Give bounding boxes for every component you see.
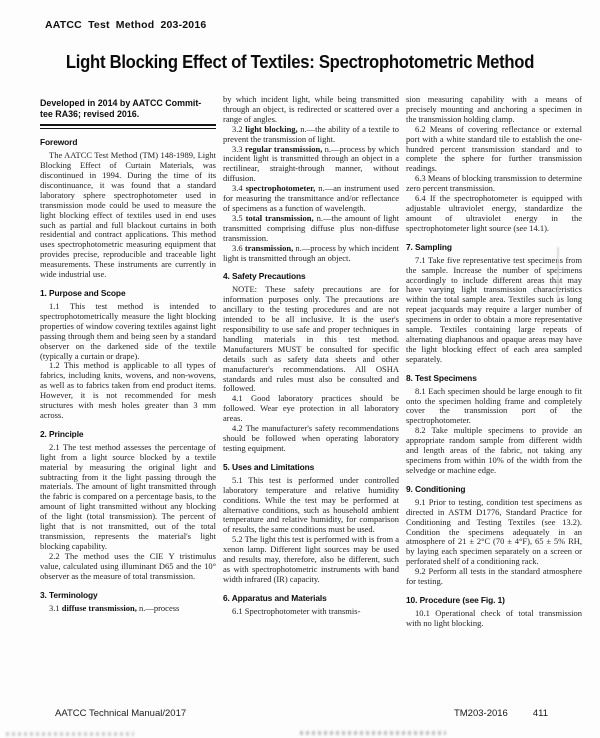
paragraph: 4.1 Good laboratory practices should be …	[223, 394, 399, 424]
paragraph: 10.1 Operational check of total transmis…	[406, 609, 582, 629]
scan-artifact-bottom-left	[6, 732, 134, 736]
developed-note-line1: Developed in 2014 by AATCC Commit-	[40, 98, 216, 109]
three-column-content: Developed in 2014 by AATCC Commit- tee R…	[40, 95, 583, 629]
paragraph: NOTE: These safety precautions are for i…	[223, 285, 399, 394]
section-heading: 7. Sampling	[406, 242, 582, 252]
document-id-header: AATCC Test Method 203-2016	[45, 19, 206, 31]
section-heading: 5. Uses and Limitations	[223, 462, 399, 472]
paragraph: 9.2 Perform all tests in the standard at…	[406, 567, 582, 587]
section-heading: 6. Apparatus and Materials	[223, 593, 399, 603]
column-2: by which incident light, while being tra…	[223, 95, 399, 617]
section-heading: 3. Terminology	[40, 590, 216, 600]
scan-artifact-bottom-center	[300, 731, 446, 735]
paragraph: 1.2 This method is applicable to all typ…	[40, 361, 216, 420]
paragraph: 6.1 Spectrophotometer with transmis-	[223, 607, 399, 617]
paragraph: 1.1 This test method is intended to spec…	[40, 302, 216, 361]
paragraph: 6.2 Means of covering reflectance or ext…	[406, 125, 582, 175]
paragraph: 3.6 transmission, n.—process by which in…	[223, 244, 399, 264]
section-heading: 8. Test Specimens	[406, 373, 582, 383]
developed-note: Developed in 2014 by AATCC Commit- tee R…	[40, 95, 216, 129]
paragraph: The AATCC Test Method (TM) 148-1989, Lig…	[40, 151, 216, 280]
paragraph: 5.1 This test is performed under control…	[223, 476, 399, 535]
section-heading: 2. Principle	[40, 429, 216, 439]
paragraph: 3.2 light blocking, n.—the ability of a …	[223, 125, 399, 145]
paragraph: 9.1 Prior to testing, condition test spe…	[406, 498, 582, 567]
paragraph: 8.2 Take multiple specimens to provide a…	[406, 426, 582, 476]
paragraph: 4.2 The manufacturer's safety recommenda…	[223, 424, 399, 454]
developed-rule	[40, 124, 216, 129]
section-heading: 9. Conditioning	[406, 484, 582, 494]
paragraph: 5.2 The light this test is performed wit…	[223, 535, 399, 585]
section-heading: 1. Purpose and Scope	[40, 288, 216, 298]
footer-manual-title: AATCC Technical Manual/2017	[55, 708, 186, 719]
document-page: AATCC Test Method 203-2016 Light Blockin…	[0, 0, 600, 738]
section-heading: 4. Safety Precautions	[223, 271, 399, 281]
paragraph: sion measuring capability with a means o…	[406, 95, 582, 125]
footer-doc-code: TM203-2016	[454, 708, 508, 719]
paragraph: 2.2 The method uses the CIE Y tristimulu…	[40, 552, 216, 582]
column-3: sion measuring capability with a means o…	[406, 95, 582, 629]
paragraph: 7.1 Take five representative test specim…	[406, 256, 582, 365]
developed-note-line2: tee RA36; revised 2016.	[40, 109, 216, 120]
paragraph: 8.1 Each specimen should be large enough…	[406, 387, 582, 427]
section-heading: Foreword	[40, 137, 216, 147]
paragraph: 3.3 regular transmission, n.—process by …	[223, 145, 399, 185]
paragraph: 6.3 Means of blocking transmission to de…	[406, 174, 582, 194]
column-1-blocks: ForewordThe AATCC Test Method (TM) 148-1…	[40, 137, 216, 613]
scan-artifact-right-edge	[557, 247, 559, 301]
paragraph: 3.1 diffuse transmission, n.—process	[40, 604, 216, 614]
paragraph: 2.1 The test method assesses the percent…	[40, 443, 216, 552]
column-1: Developed in 2014 by AATCC Commit- tee R…	[40, 95, 216, 613]
paragraph: by which incident light, while being tra…	[223, 95, 399, 125]
section-heading: 10. Procedure (see Fig. 1)	[406, 595, 582, 605]
paragraph: 3.4 spectrophotometer, n.—an instrument …	[223, 184, 399, 214]
page-title: Light Blocking Effect of Textiles: Spect…	[30, 51, 570, 73]
footer-right-group: TM203-2016 411	[454, 708, 548, 719]
paragraph: 3.5 total transmission, n.—the amount of…	[223, 214, 399, 244]
paragraph: 6.4 If the spectrophotometer is equipped…	[406, 194, 582, 234]
footer-page-number: 411	[533, 708, 548, 719]
